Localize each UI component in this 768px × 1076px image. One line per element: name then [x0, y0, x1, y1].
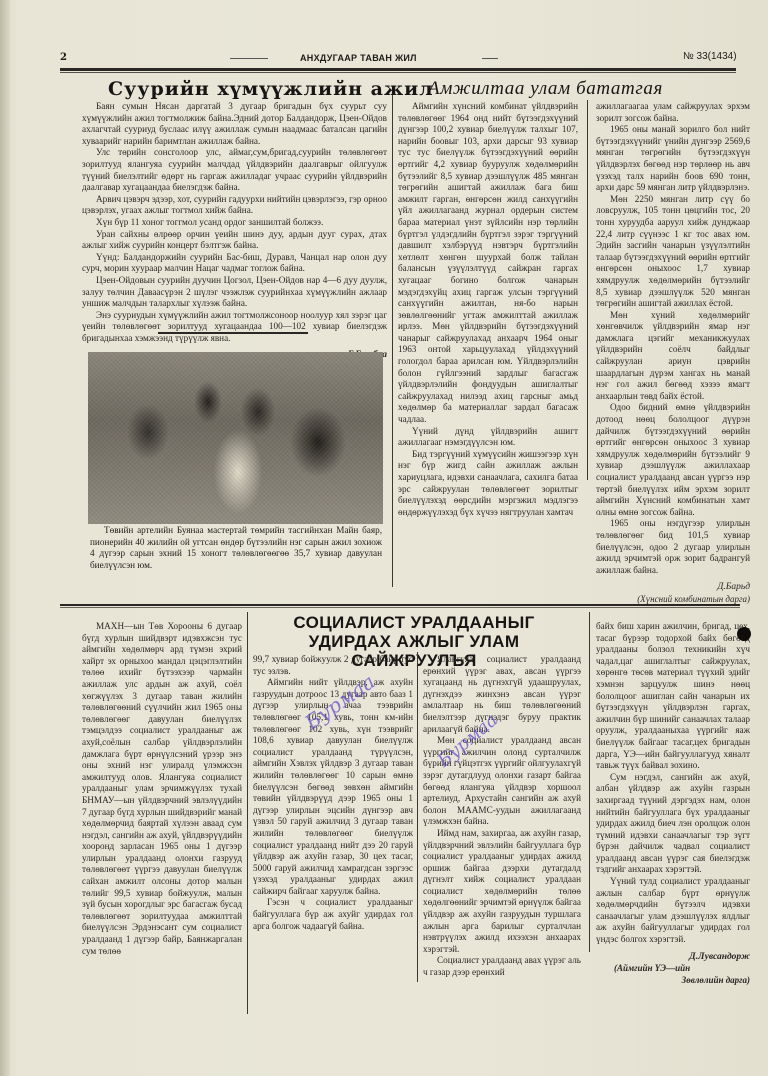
masthead-dash-left	[230, 58, 268, 59]
article3-paragraph: байх биш харин ажилчин, бригад, цех, тас…	[596, 621, 750, 772]
article1-paragraph: Арвич цэвэрч эдээр, хот, суурийн гадуурх…	[82, 194, 387, 217]
article2-column-b: ажиллагаагаа улам сайжруулах эрхэм зорил…	[596, 101, 750, 606]
column-rule	[589, 612, 590, 952]
article1-paragraph: Хүн бүр 11 хоног тоггмол усанд ордог зан…	[82, 217, 387, 229]
column-rule	[392, 95, 393, 587]
article3-column-c: Ялангуяа социалист уралдаанд ерөнхий үүр…	[423, 654, 581, 979]
article3-column-d: байх биш харин ажилчин, бригад, цех, тас…	[596, 621, 750, 986]
article2-paragraph: ажиллагаагаа улам сайжруулах эрхэм зорил…	[596, 101, 750, 124]
page-number: 2	[60, 52, 67, 63]
article2-paragraph: Мөн 2250 мянган литр сүү бо ловсруулж, 1…	[596, 194, 750, 310]
page-edge-shadow	[0, 0, 10, 1076]
article2-column-a: Аймгийн хүнсний комбинат үйлдвэрийн төлө…	[398, 101, 578, 518]
article1-paragraph: Улс төрийн сонсголоор улс, аймаг,сум,бри…	[82, 147, 387, 193]
article3-signature: Д.Лувсандорж	[596, 952, 750, 964]
article2-paragraph: 1965 оны манай зорилго бол нийт бүтээгдэ…	[596, 124, 750, 194]
article3-signature-title-1: (Аймгийн ҮЭ—ийн	[596, 963, 750, 975]
article2-paragraph: Үүний дүнд үйлдвэрийн ашигт ажиллагааг н…	[398, 426, 578, 449]
column-rule	[417, 652, 418, 982]
photo-caption: Төвийн артелийн Буянаа мастертай төмрийн…	[90, 525, 382, 571]
article1-end-rule	[158, 332, 308, 334]
article3-paragraph: Сум нэгдэл, сангийн аж ахуй, албан үйлдв…	[596, 772, 750, 876]
article3-paragraph: Социалист уралдаанд авах үүрэг аль ч газ…	[423, 955, 581, 978]
article1-headline: Суурийн хүмүүжлийн ажил	[108, 78, 434, 100]
issue-number: № 33(1434)	[683, 51, 737, 62]
ink-blot	[737, 627, 751, 641]
article3-paragraph: Үүний тулд социалист уралдааныг ажлын са…	[596, 876, 750, 946]
newspaper-page: 2 АНХДУГААР ТАВАН ЖИЛ № 33(1434) Суурийн…	[0, 0, 768, 1076]
photo-grain	[88, 352, 383, 524]
article1-paragraph: Энэ сууриудын хүмүүжлийн ажил тогтмолжсо…	[82, 310, 387, 345]
article2-paragraph: Одоо бидний өмнө үйлдвэрийн дотоод нөөц …	[596, 402, 750, 518]
article1-paragraph: Уран сайхны өлрөөр орчин үеийн шинэ дуу,…	[82, 229, 387, 252]
article1-body: Баян сумын Нясан даргатай 3 дугаар брига…	[82, 101, 387, 362]
masthead-dash-right	[482, 58, 498, 59]
article1-paragraph: Цэен-Ойдовын суурийн дуучин Цогзол, Цэен…	[82, 275, 387, 310]
article3-paragraph: Гэсэн ч социалист уралдааныг байгууллага…	[253, 897, 413, 932]
article3-column-a: МАХН—ын Төв Хорооны 6 дугаар бүгд хурлын…	[82, 621, 242, 957]
photo-caption-text: Төвийн артелийн Буянаа мастертай төмрийн…	[90, 525, 382, 571]
article2-headline: Амжилтаа улам бататгая	[428, 78, 663, 100]
article2-signature: Д.Барьд	[596, 582, 750, 594]
article1-paragraph: Үүнд: Балдандоржийн суурийн Бас-биш, Дур…	[82, 252, 387, 275]
article3-paragraph: Ялангуяа социалист уралдаанд ерөнхий үүр…	[423, 654, 581, 735]
article3-paragraph: МАХН—ын Төв Хорооны 6 дугаар бүгд хурлын…	[82, 621, 242, 957]
section-divider-thin	[60, 607, 740, 608]
article3-paragraph: 99,7 хувиар бойжуулж 2 дугаар байр тус т…	[253, 654, 413, 677]
masthead-rule-thin	[60, 72, 736, 73]
section-divider	[60, 604, 740, 606]
newspaper-title: АНХДУГААР ТАВАН ЖИЛ	[300, 53, 417, 63]
article3-signature-title-2: Зөвлөлийн дарга)	[596, 975, 750, 987]
masthead-rule	[60, 68, 736, 71]
article2-paragraph: Бид тэргүүний хүмүүсийн жишээгээр хүн нэ…	[398, 449, 578, 519]
news-photo	[88, 352, 383, 524]
article2-paragraph: Аймгийн хүнсний комбинат үйлдвэрийн төлө…	[398, 101, 578, 426]
column-rule	[587, 100, 588, 480]
column-rule	[247, 612, 248, 1014]
article2-paragraph: Мөн хүний хөдөлмөрийг хөнгөвчилж үйлдвэр…	[596, 310, 750, 403]
article3-paragraph: Иймд нам, захиргаа, аж ахуйн газар, үйлд…	[423, 828, 581, 956]
article1-paragraph: Баян сумын Нясан даргатай 3 дугаар брига…	[82, 101, 387, 147]
article2-paragraph: 1965 оны нэгдүгээр улирлын төлөвлөгөөг б…	[596, 518, 750, 576]
